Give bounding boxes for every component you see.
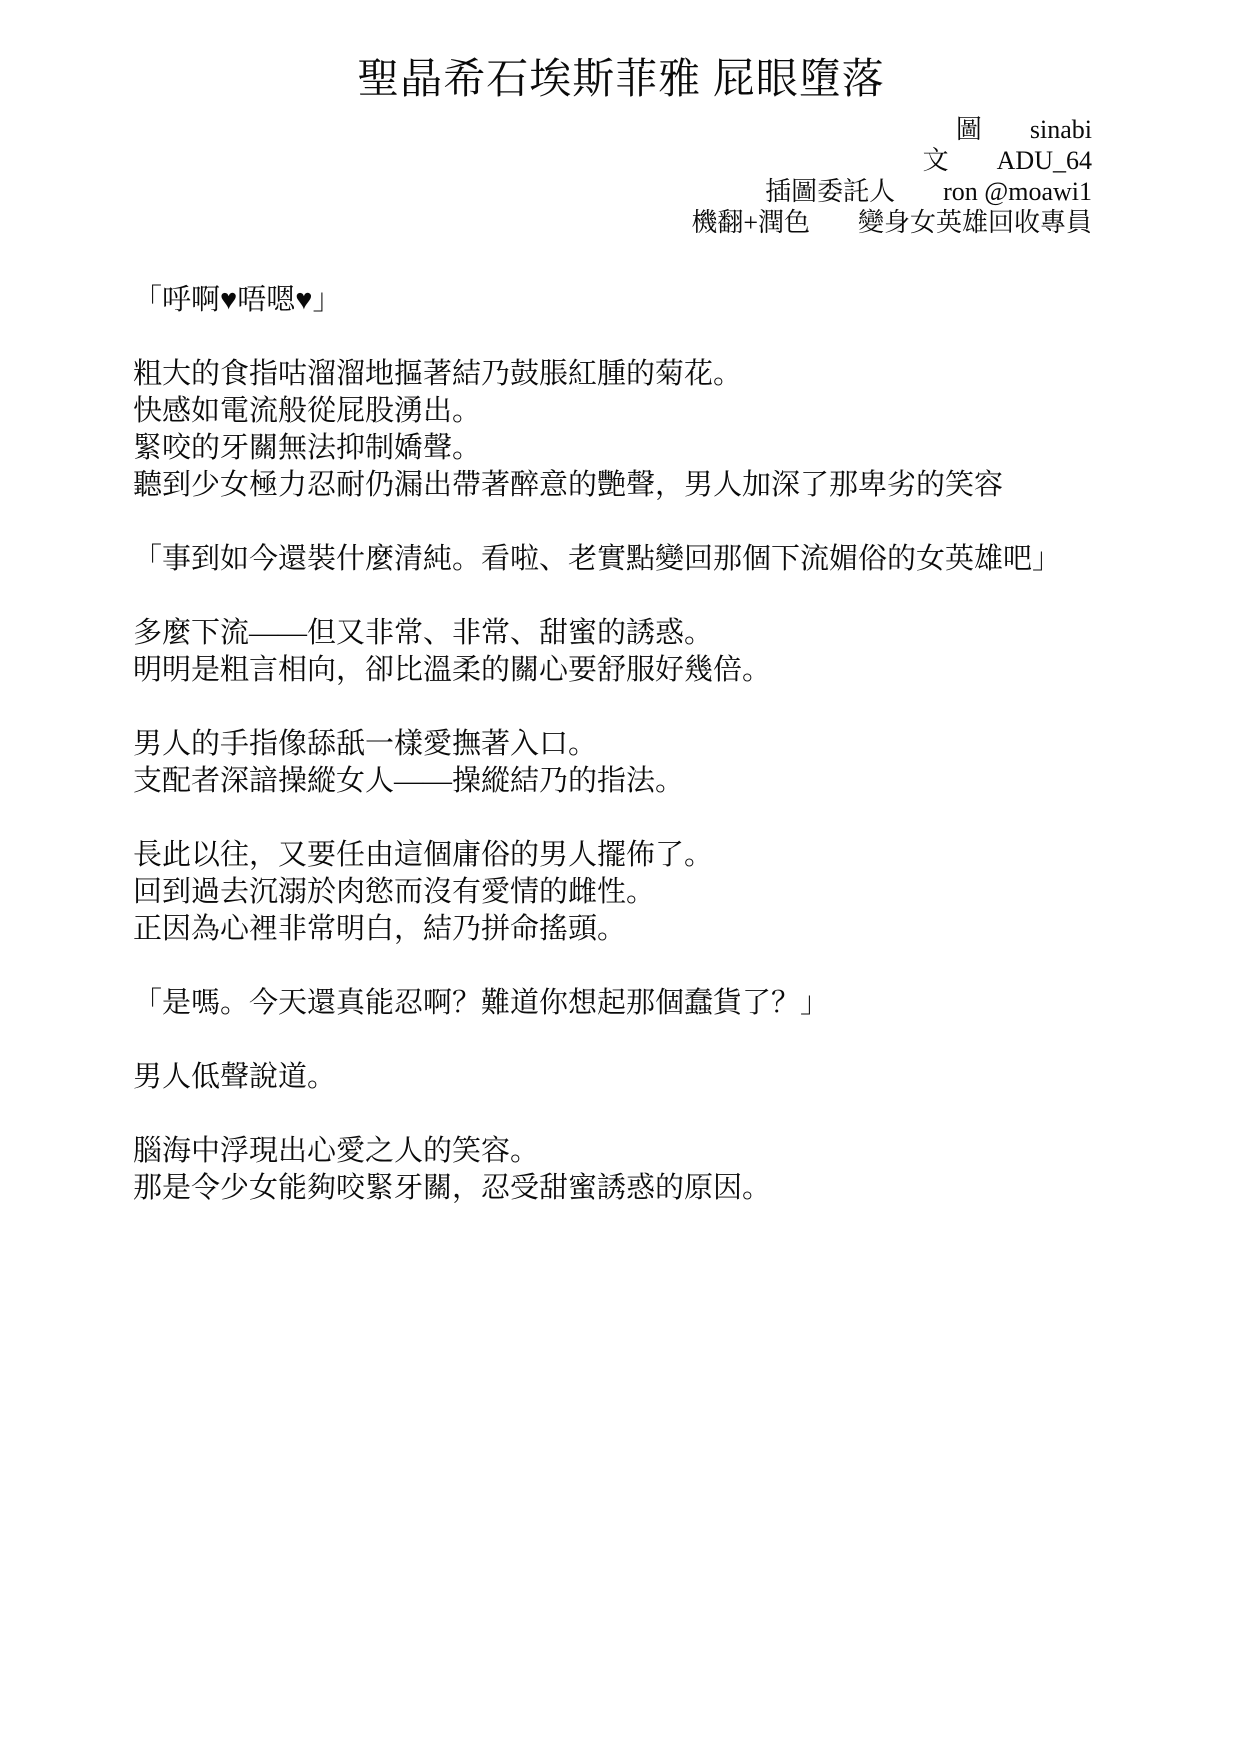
paragraph: 「是嗎。今天還真能忍啊？難道你想起那個蠢貨了？」	[133, 985, 1172, 1022]
credit-value: ron @moawi1	[943, 176, 1092, 207]
text-line: 那是令少女能夠咬緊牙關，忍受甜蜜誘惑的原因。	[133, 1170, 1172, 1207]
page-title: 聖晶希石埃斯菲雅 屁眼墮落	[0, 46, 1242, 106]
story-body: 「呼啊♥唔嗯♥」粗大的食指咕溜溜地摳著結乃鼓脹紅腫的菊花。快感如電流般從屁股湧出…	[133, 282, 1172, 1207]
paragraph: 「事到如今還裝什麼清純。看啦、老實點變回那個下流媚俗的女英雄吧」	[133, 541, 1172, 578]
credit-row-commissioner: 插圖委託人 ron @moawi1	[765, 176, 1092, 207]
text-line: 「事到如今還裝什麼清純。看啦、老實點變回那個下流媚俗的女英雄吧」	[133, 541, 1172, 578]
document-page: 聖晶希石埃斯菲雅 屁眼墮落 圖 sinabi 文 ADU_64 插圖委託人 ro…	[0, 0, 1242, 1755]
paragraph: 長此以往，又要任由這個庸俗的男人擺佈了。回到過去沉溺於肉慾而沒有愛情的雌性。正因…	[133, 837, 1172, 948]
text-line: 快感如電流般從屁股湧出。	[133, 393, 1172, 430]
text-line: 正因為心裡非常明白，結乃拼命搖頭。	[133, 911, 1172, 948]
text-line: 聽到少女極力忍耐仍漏出帶著醉意的艷聲，男人加深了那卑劣的笑容	[133, 467, 1172, 504]
text-line: 男人的手指像舔舐一樣愛撫著入口。	[133, 726, 1172, 763]
credit-value: 變身女英雄回收專員	[858, 207, 1092, 238]
credits-block: 圖 sinabi 文 ADU_64 插圖委託人 ron @moawi1 機翻+潤…	[0, 114, 1242, 238]
credit-value: sinabi	[1030, 114, 1092, 145]
paragraph: 腦海中浮現出心愛之人的笑容。那是令少女能夠咬緊牙關，忍受甜蜜誘惑的原因。	[133, 1133, 1172, 1207]
paragraph: 粗大的食指咕溜溜地摳著結乃鼓脹紅腫的菊花。快感如電流般從屁股湧出。緊咬的牙關無法…	[133, 356, 1172, 504]
text-line: 回到過去沉溺於肉慾而沒有愛情的雌性。	[133, 874, 1172, 911]
paragraph: 男人低聲說道。	[133, 1059, 1172, 1096]
credit-row-translation: 機翻+潤色 變身女英雄回收專員	[691, 207, 1092, 238]
text-line: 粗大的食指咕溜溜地摳著結乃鼓脹紅腫的菊花。	[133, 356, 1172, 393]
text-line: 長此以往，又要任由這個庸俗的男人擺佈了。	[133, 837, 1172, 874]
text-line: 緊咬的牙關無法抑制嬌聲。	[133, 430, 1172, 467]
text-line: 支配者深諳操縱女人——操縱結乃的指法。	[133, 763, 1172, 800]
text-line: 「是嗎。今天還真能忍啊？難道你想起那個蠢貨了？」	[133, 985, 1172, 1022]
paragraph: 「呼啊♥唔嗯♥」	[133, 282, 1172, 319]
text-line: 多麼下流——但又非常、非常、甜蜜的誘惑。	[133, 615, 1172, 652]
credit-row-illustration: 圖 sinabi	[956, 114, 1092, 145]
credit-row-text: 文 ADU_64	[923, 145, 1092, 176]
text-line: 腦海中浮現出心愛之人的笑容。	[133, 1133, 1172, 1170]
credit-label: 機翻+潤色	[691, 207, 810, 238]
paragraph: 多麼下流——但又非常、非常、甜蜜的誘惑。明明是粗言相向，卻比溫柔的關心要舒服好幾…	[133, 615, 1172, 689]
text-line: 「呼啊♥唔嗯♥」	[133, 282, 1172, 319]
text-line: 男人低聲說道。	[133, 1059, 1172, 1096]
credit-label: 圖	[956, 114, 982, 145]
credit-label: 插圖委託人	[765, 176, 895, 207]
text-line: 明明是粗言相向，卻比溫柔的關心要舒服好幾倍。	[133, 652, 1172, 689]
credit-label: 文	[923, 145, 949, 176]
credit-value: ADU_64	[997, 145, 1092, 176]
paragraph: 男人的手指像舔舐一樣愛撫著入口。支配者深諳操縱女人——操縱結乃的指法。	[133, 726, 1172, 800]
